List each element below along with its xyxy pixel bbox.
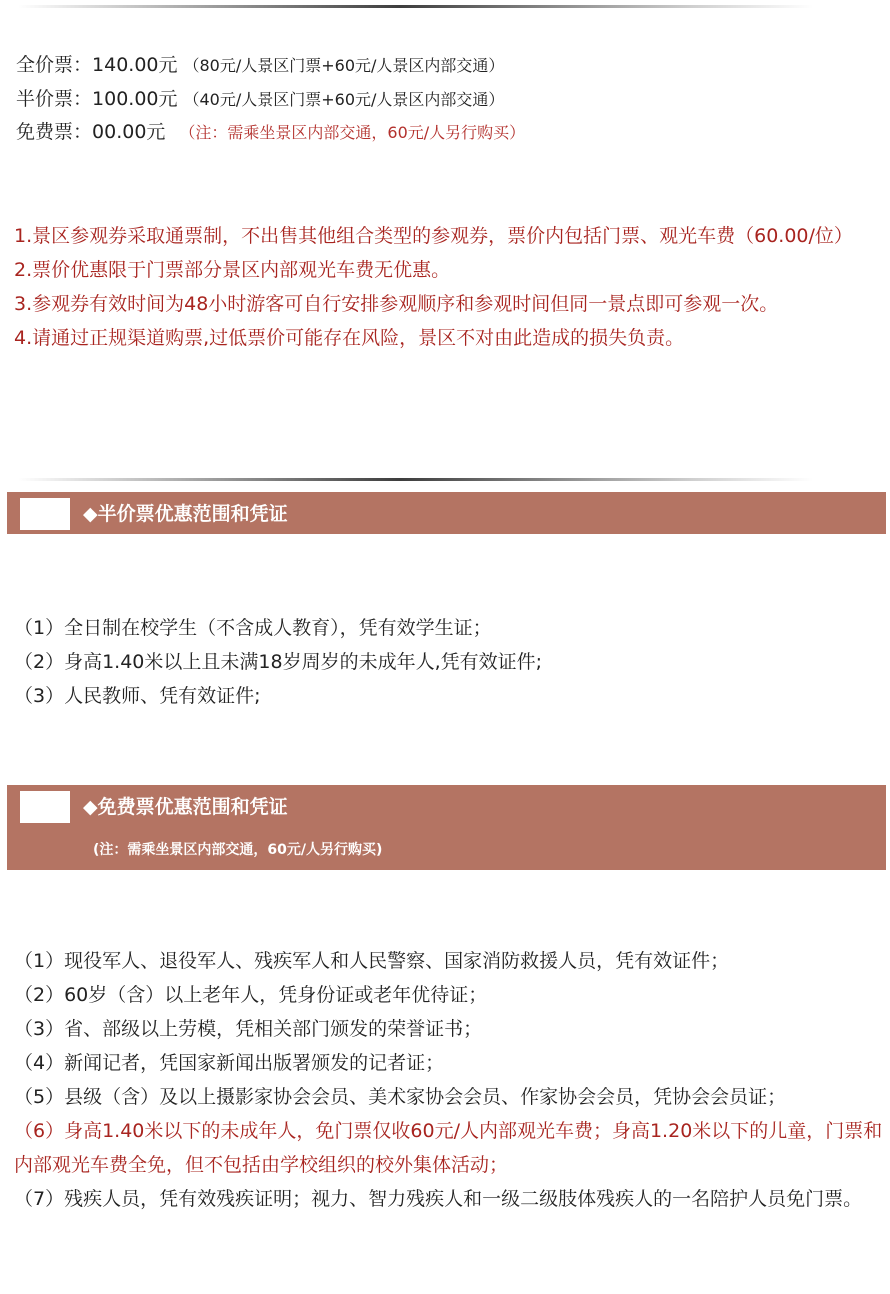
list-item: （2）身高1.40米以上且未满18岁周岁的未成年人,凭有效证件; xyxy=(14,645,886,679)
banner-title: ◆免费票优惠范围和凭证 xyxy=(83,791,288,823)
list-item-highlight: （6）身高1.40米以下的未成年人，免门票仅收60元/人内部观光车费；身高1.2… xyxy=(14,1114,886,1182)
banner-square-icon xyxy=(20,498,70,530)
price-label: 半价票： xyxy=(16,88,92,110)
half-price-list: （1）全日制在校学生（不含成人教育），凭有效学生证； （2）身高1.40米以上且… xyxy=(14,611,886,713)
banner-note: (注：需乘坐景区内部交通，60元/人另行购买) xyxy=(93,839,382,859)
price-amount: 100.00元 xyxy=(92,88,177,110)
list-item: （4）新闻记者，凭国家新闻出版署颁发的记者证； xyxy=(14,1046,886,1080)
price-half: 半价票：100.00元（40元/人景区门票+60元/人景区内部交通） xyxy=(16,87,504,112)
rule-item: 4.请通过正规渠道购票,过低票价可能存在风险，景区不对由此造成的损失负责。 xyxy=(14,321,884,355)
list-item: （3）人民教师、凭有效证件; xyxy=(14,679,886,713)
list-item: （3）省、部级以上劳模，凭相关部门颁发的荣誉证书； xyxy=(14,1012,886,1046)
price-label: 免费票： xyxy=(16,121,92,143)
list-item: （1）全日制在校学生（不含成人教育），凭有效学生证； xyxy=(14,611,886,645)
free-ticket-list: （1）现役军人、退役军人、残疾军人和人民警察、国家消防救援人员，凭有效证件； （… xyxy=(14,944,886,1216)
banner-square-icon xyxy=(20,791,70,823)
price-full: 全价票：140.00元（80元/人景区门票+60元/人景区内部交通） xyxy=(16,53,504,78)
list-item: （1）现役军人、退役军人、残疾军人和人民警察、国家消防救援人员，凭有效证件； xyxy=(14,944,886,978)
price-free: 免费票：00.00元（注：需乘坐景区内部交通，60元/人另行购买） xyxy=(16,120,525,145)
price-note: （注：需乘坐景区内部交通，60元/人另行购买） xyxy=(179,123,525,142)
ticket-rules: 1.景区参观券采取通票制，不出售其他组合类型的参观券，票价内包括门票、观光车费（… xyxy=(14,219,884,355)
top-separator xyxy=(18,5,813,8)
price-amount: 00.00元 xyxy=(92,121,165,143)
price-detail: （40元/人景区门票+60元/人景区内部交通） xyxy=(184,90,505,109)
half-price-banner: ◆半价票优惠范围和凭证 xyxy=(7,492,886,534)
banner-title: ◆半价票优惠范围和凭证 xyxy=(83,498,288,530)
list-item: （7）残疾人员，凭有效残疾证明；视力、智力残疾人和一级二级肢体残疾人的一名陪护人… xyxy=(14,1182,886,1216)
price-label: 全价票： xyxy=(16,54,92,76)
list-item: （5）县级（含）及以上摄影家协会会员、美术家协会会员、作家协会会员，凭协会会员证… xyxy=(14,1080,886,1114)
price-amount: 140.00元 xyxy=(92,54,177,76)
section-separator xyxy=(18,478,813,481)
free-ticket-banner: ◆免费票优惠范围和凭证 (注：需乘坐景区内部交通，60元/人另行购买) xyxy=(7,785,886,870)
list-item: （2）60岁（含）以上老年人，凭身份证或老年优待证； xyxy=(14,978,886,1012)
rule-item: 2.票价优惠限于门票部分景区内部观光车费无优惠。 xyxy=(14,253,884,287)
rule-item: 3.参观券有效时间为48小时游客可自行安排参观顺序和参观时间但同一景点即可参观一… xyxy=(14,287,884,321)
price-detail: （80元/人景区门票+60元/人景区内部交通） xyxy=(184,56,505,75)
rule-item: 1.景区参观券采取通票制，不出售其他组合类型的参观券，票价内包括门票、观光车费（… xyxy=(14,219,884,253)
